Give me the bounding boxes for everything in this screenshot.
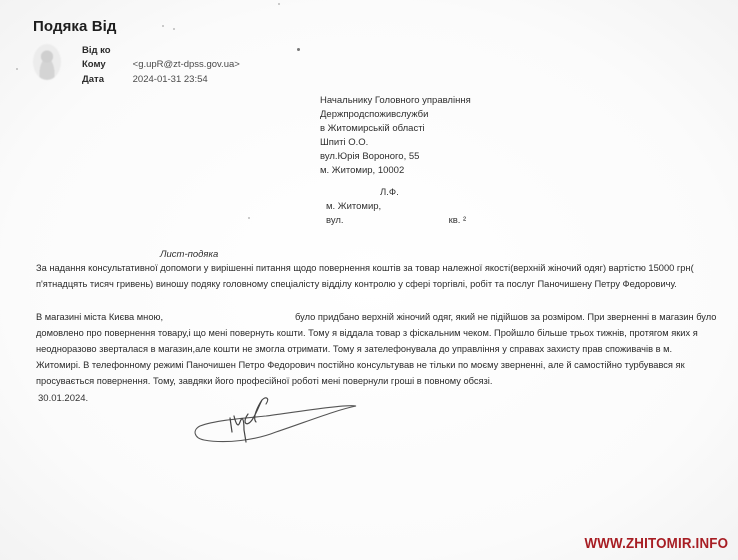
email-to-row: Кому <g.upR@zt-dpss.gov.ua>	[82, 59, 240, 70]
paragraph-line: п'ятнадцять тисяч гривень) виношу подяку…	[36, 276, 716, 292]
recipient-line: вул.Юрія Вороного, 55	[320, 150, 471, 164]
letter-paragraph-2: В магазині міста Києва мною,було придбан…	[36, 309, 716, 389]
recipient-address-block: Начальнику Головного управління Держпрод…	[320, 94, 471, 178]
from-label: Від ко	[82, 45, 130, 56]
letter-date: 30.01.2024.	[38, 393, 88, 404]
letter-paragraph-1: За надання консультативної допомоги у ви…	[36, 260, 716, 292]
sender-street-suffix: кв. ²	[449, 215, 467, 226]
to-value: <g.upR@zt-dpss.gov.ua>	[133, 59, 240, 70]
recipient-line: в Житомирській області	[320, 122, 471, 136]
paragraph-line: просувається повернення. Тому, завдяки й…	[36, 373, 716, 389]
letter-title: Лист-подяка	[160, 249, 218, 260]
paragraph-line: За надання консультативної допомоги у ви…	[36, 260, 716, 276]
line-end: було придбано верхній жіночий одяг, який…	[295, 312, 716, 322]
email-date-row: Дата 2024-01-31 23:54	[82, 74, 208, 85]
scan-speck	[248, 217, 250, 219]
date-value: 2024-01-31 23:54	[133, 74, 208, 85]
paragraph-line: домовлено про повернення товару,і що мен…	[36, 325, 716, 341]
email-from-row: Від ко	[82, 45, 130, 56]
sender-street: вул.кв. ²	[326, 215, 466, 226]
line-start: В магазині міста Києва мною,	[36, 312, 163, 322]
date-label: Дата	[82, 74, 130, 85]
scanned-letter-page: Подяка Від Від ко Кому <g.upR@zt-dpss.go…	[0, 0, 738, 560]
scan-speck	[16, 68, 18, 70]
user-avatar-icon	[33, 44, 61, 80]
sender-city: м. Житомир,	[326, 201, 381, 212]
site-watermark: WWW.ZHITOMIR.INFO	[584, 536, 728, 552]
email-subject: Подяка Від	[33, 18, 117, 35]
recipient-line: м. Житомир, 10002	[320, 164, 471, 178]
scan-speck	[297, 48, 300, 51]
scan-speck	[278, 3, 280, 5]
recipient-line: Начальнику Головного управління	[320, 94, 471, 108]
scan-speck	[173, 28, 175, 30]
scan-speck	[162, 25, 164, 27]
recipient-line: Держпродспоживслужби	[320, 108, 471, 122]
paragraph-line: Житомирі. В телефонному режимі Паночишен…	[36, 357, 716, 373]
paragraph-line: неодноразово зверталася в магазин,але ко…	[36, 341, 716, 357]
sender-street-prefix: вул.	[326, 215, 344, 226]
to-label: Кому	[82, 59, 130, 70]
sender-initials: Л.Ф.	[380, 187, 399, 198]
paragraph-line: В магазині міста Києва мною,було придбан…	[36, 309, 716, 325]
signature-icon	[186, 388, 386, 458]
recipient-line: Шпиті О.О.	[320, 136, 471, 150]
